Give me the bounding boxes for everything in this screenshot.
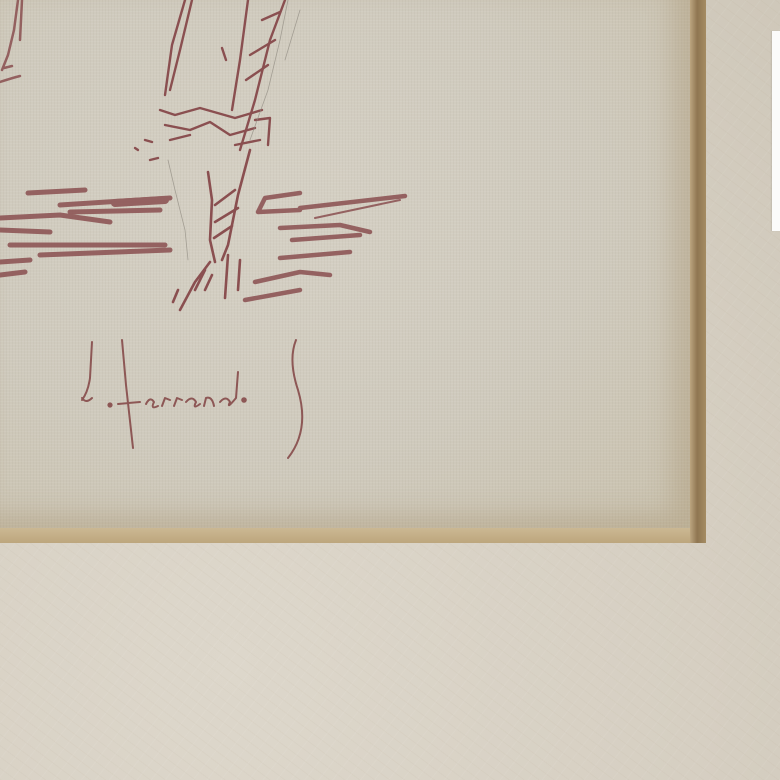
foot-strokes	[173, 150, 250, 310]
bevel-bottom-edge	[0, 528, 706, 543]
white-label-card	[772, 31, 780, 231]
bevel-right-edge	[690, 0, 706, 543]
ground-strokes-left	[0, 190, 170, 275]
left-figure-strokes	[0, 0, 22, 82]
signature-text: J. Ferrandis	[0, 0, 1, 1]
leg-strokes	[135, 0, 285, 160]
ink-sketch	[0, 0, 690, 528]
ground-strokes-right	[245, 193, 405, 300]
pencil-lines	[168, 0, 300, 260]
drawing-paper: J. Ferrandis	[0, 0, 690, 528]
artist-signature	[82, 340, 302, 458]
